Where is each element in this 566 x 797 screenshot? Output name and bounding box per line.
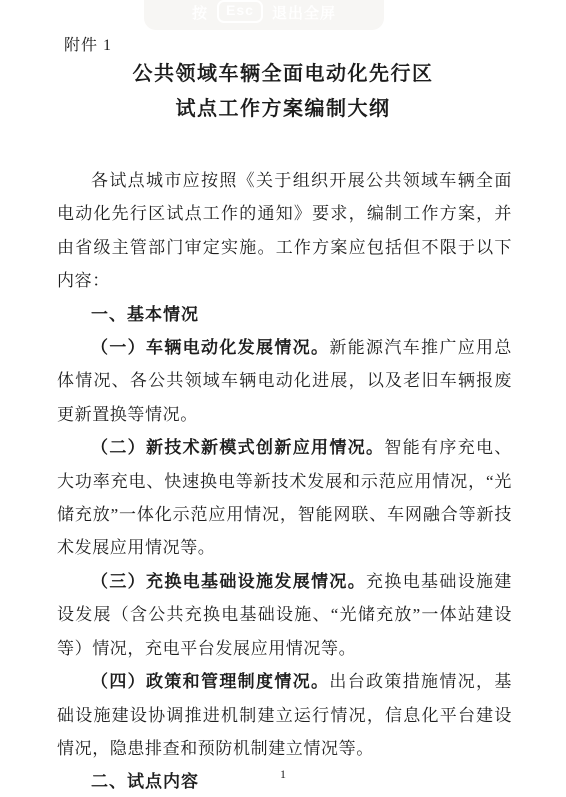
document-page: 按 Esc 退出全屏 附件 1 公共领域车辆全面电动化先行区 试点工作方案编制大… bbox=[0, 0, 566, 797]
toast-prefix-text: 按 bbox=[192, 2, 208, 23]
paragraph-new-tech-modes: （二）新技术新模式创新应用情况。智能有序充电、大功率充电、快速换电等新技术发展和… bbox=[57, 431, 512, 565]
document-title-line1: 公共领域车辆全面电动化先行区 bbox=[0, 57, 566, 92]
paragraph-vehicle-electrification: （一）车辆电动化发展情况。新能源汽车推广应用总体情况、各公共领域车辆电动化进展，… bbox=[57, 331, 512, 431]
paragraph-vehicle-electrification-lead: （一）车辆电动化发展情况。 bbox=[91, 338, 329, 357]
page-number: 1 bbox=[0, 767, 566, 782]
paragraph-policy-management: （四）政策和管理制度情况。出台政策措施情况，基础设施建设协调推进机制建立运行情况… bbox=[57, 665, 512, 765]
paragraph-new-tech-modes-lead: （二）新技术新模式创新应用情况。 bbox=[91, 438, 384, 457]
document-title: 公共领域车辆全面电动化先行区 试点工作方案编制大纲 bbox=[0, 57, 566, 127]
toast-suffix-text: 退出全屏 bbox=[272, 2, 336, 23]
attachment-label: 附件 1 bbox=[64, 32, 112, 55]
paragraph-charging-infrastructure-lead: （三）充换电基础设施发展情况。 bbox=[91, 572, 366, 591]
esc-keycap: Esc bbox=[217, 0, 263, 23]
paragraph-intro: 各试点城市应按照《关于组织开展公共领域车辆全面电动化先行区试点工作的通知》要求，… bbox=[57, 164, 512, 298]
section-heading-basic-situation: 一、基本情况 bbox=[57, 298, 512, 331]
document-title-line2: 试点工作方案编制大纲 bbox=[0, 92, 566, 127]
fullscreen-exit-toast: 按 Esc 退出全屏 bbox=[144, 0, 384, 30]
paragraph-charging-infrastructure: （三）充换电基础设施发展情况。充换电基础设施建设发展（含公共充换电基础设施、“光… bbox=[57, 565, 512, 665]
document-body: 各试点城市应按照《关于组织开展公共领域车辆全面电动化先行区试点工作的通知》要求，… bbox=[57, 164, 512, 797]
paragraph-policy-management-lead: （四）政策和管理制度情况。 bbox=[91, 672, 329, 691]
